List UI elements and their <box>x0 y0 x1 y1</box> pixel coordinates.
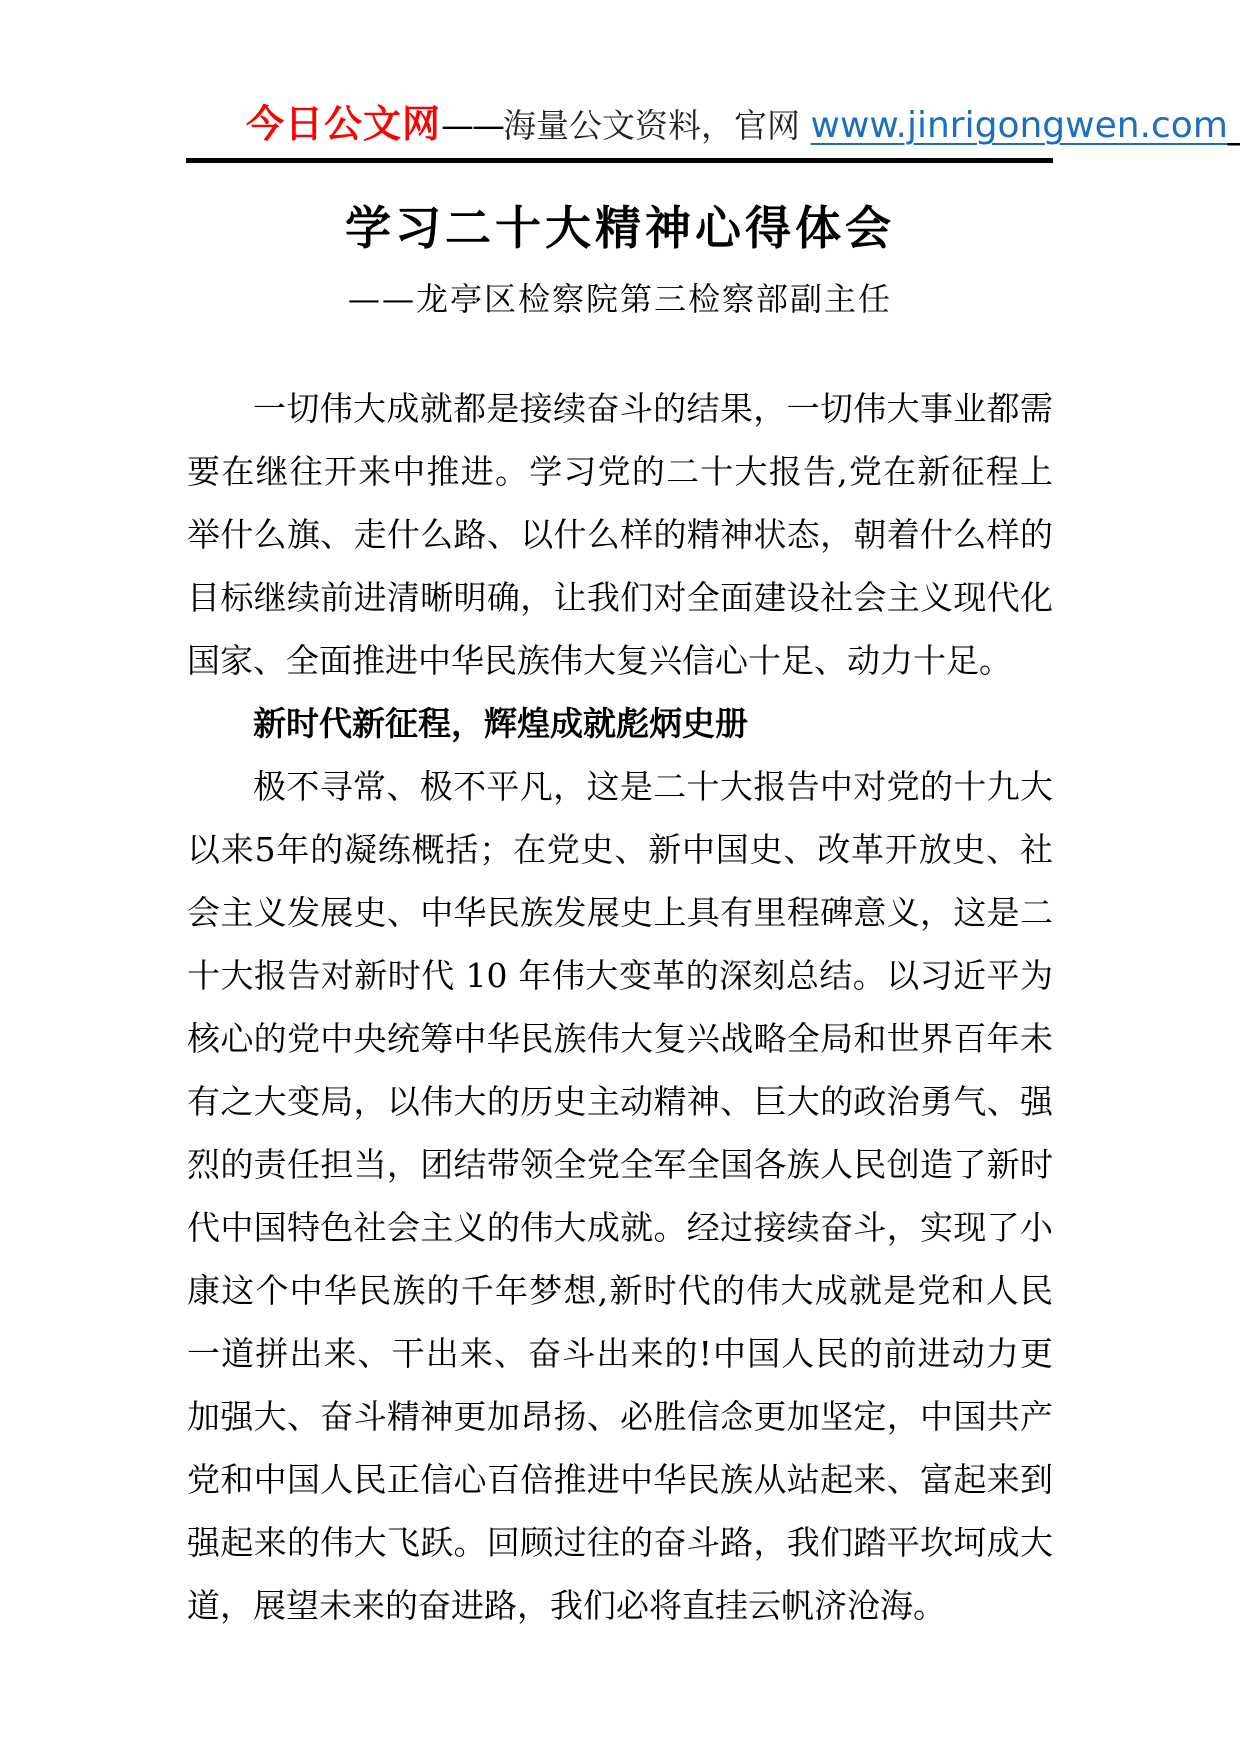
header-divider <box>186 158 1053 163</box>
page-subtitle: ——龙亭区检察院第三检察部副主任 <box>187 278 1053 320</box>
body-paragraph: 一切伟大成就都是接续奋斗的结果，一切伟大事业都需要在继往开来中推进。学习党的二十… <box>187 377 1053 692</box>
document-page: 今日公文网——海量公文资料，官网 www.jinrigongwen.com_ 学… <box>0 0 1240 1754</box>
link-trailing-underscore: _ <box>1228 105 1240 146</box>
site-header: 今日公文网——海量公文资料，官网 www.jinrigongwen.com_ <box>0 0 1240 154</box>
page-title: 学习二十大精神心得体会 <box>187 201 1053 256</box>
document-body: 一切伟大成就都是接续奋斗的结果，一切伟大事业都需要在继往开来中推进。学习党的二十… <box>187 377 1053 1637</box>
body-paragraph: 极不寻常、极不平凡，这是二十大报告中对党的十九大以来5年的凝练概括；在党史、新中… <box>187 755 1053 1637</box>
website-link[interactable]: www.jinrigongwen.com <box>811 105 1228 146</box>
site-logo-text: 今日公文网 <box>246 102 441 146</box>
em-dash: —— <box>441 106 503 145</box>
section-heading: 新时代新征程，辉煌成就彪炳史册 <box>187 692 1053 755</box>
header-tagline: 海量公文资料，官网 <box>503 106 811 145</box>
